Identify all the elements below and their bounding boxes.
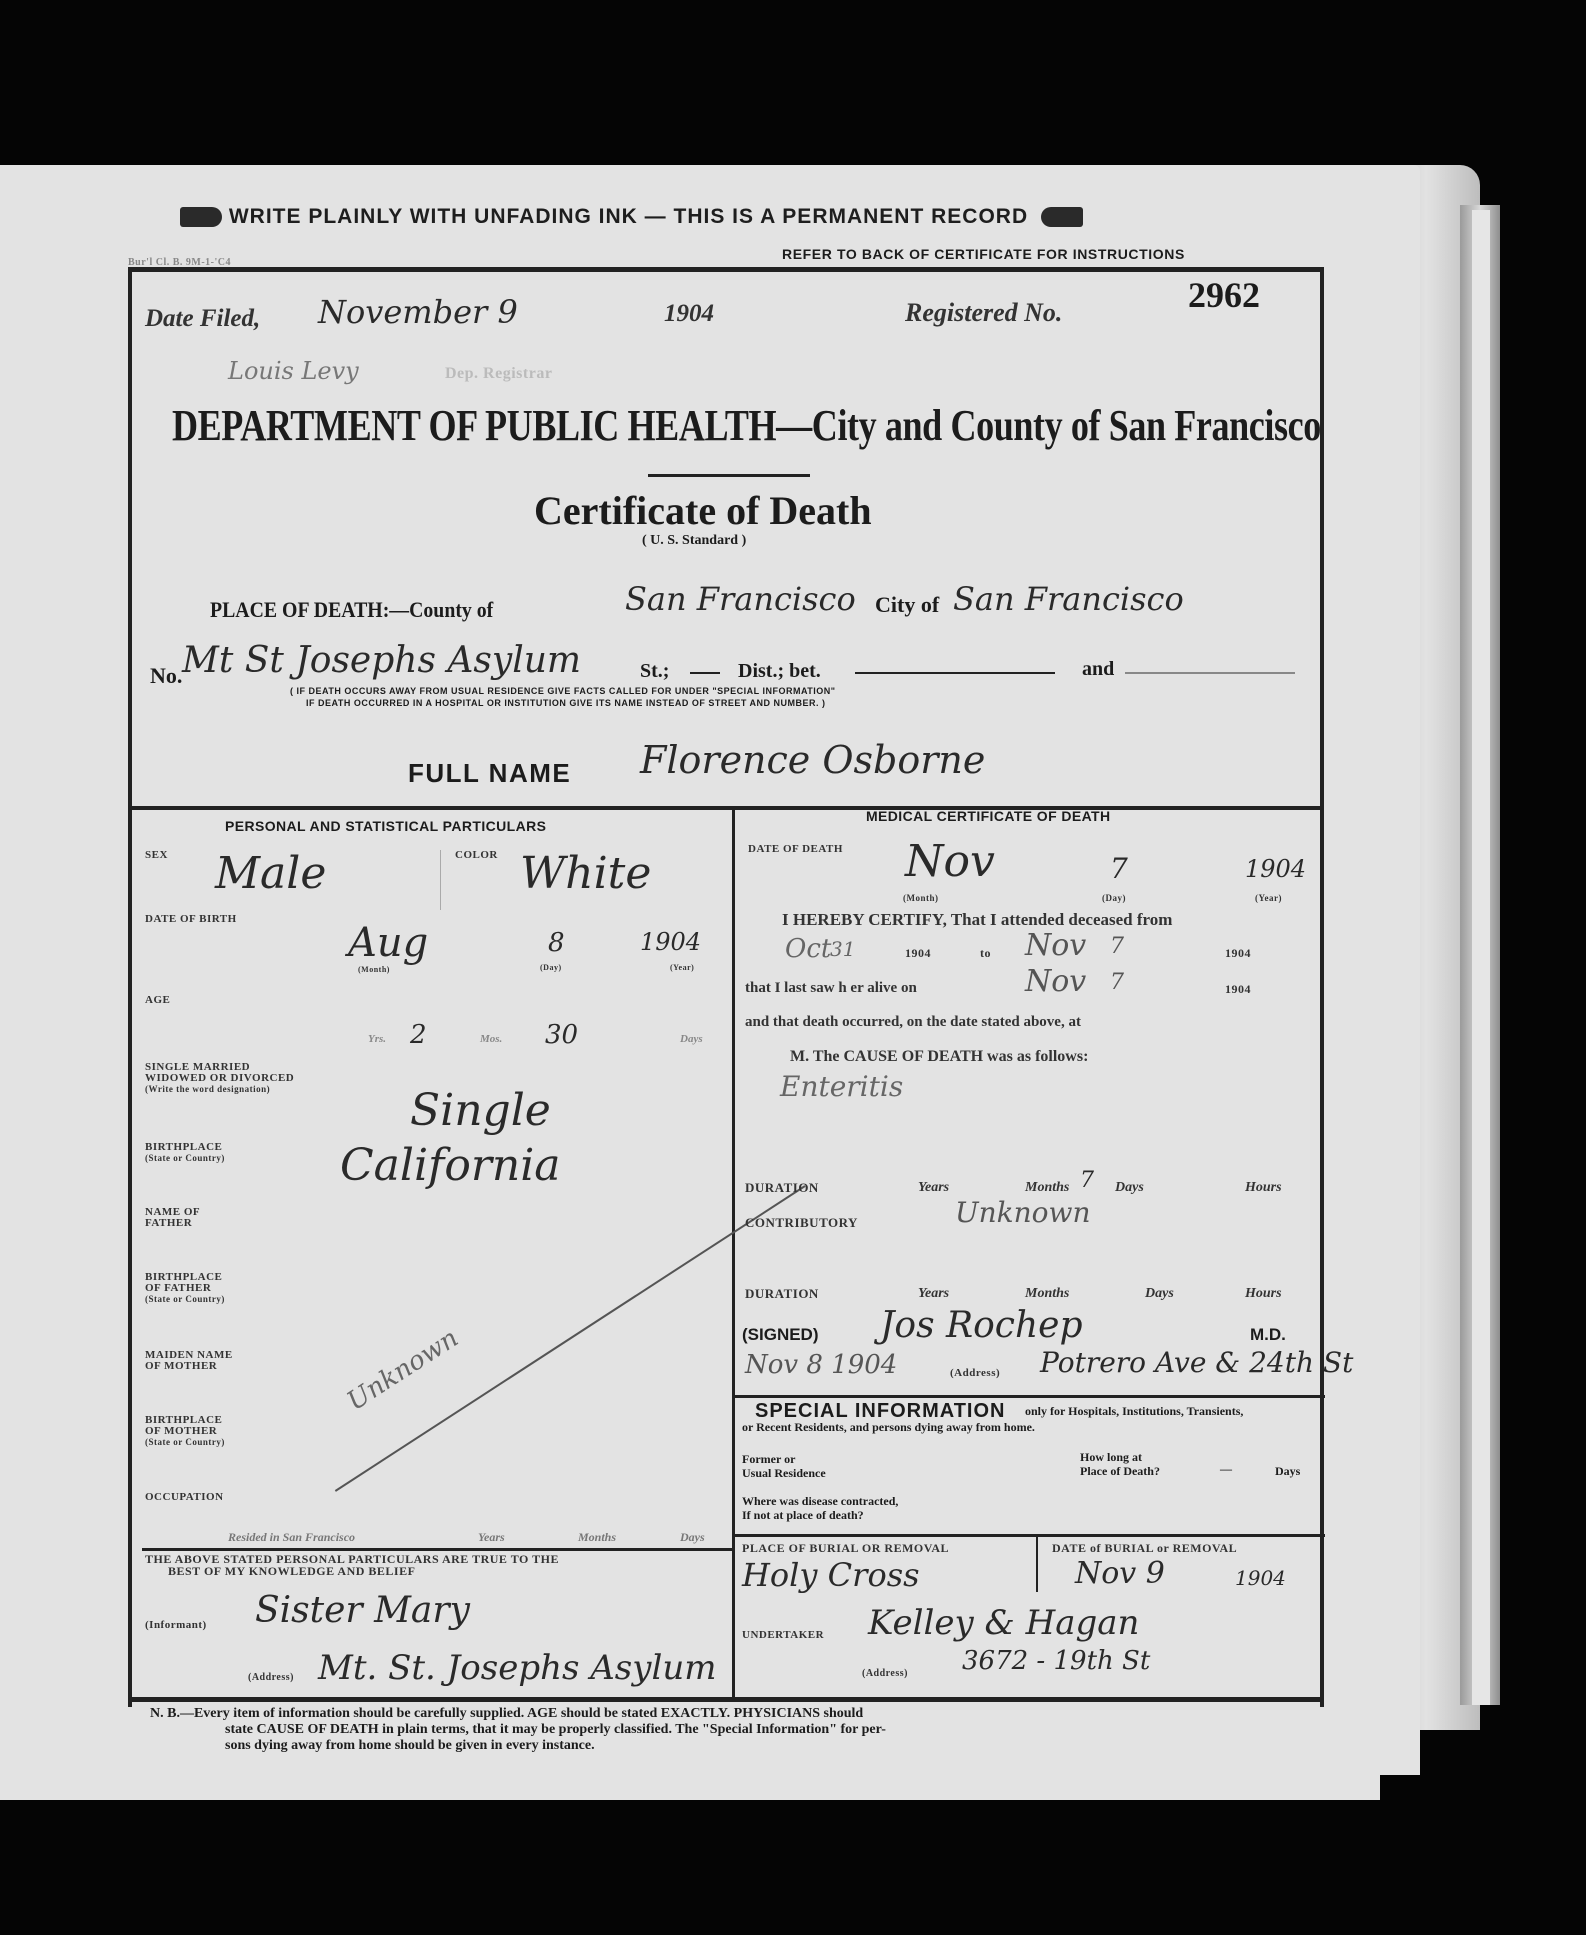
md-label: M.D. — [1250, 1325, 1286, 1345]
cause-label: M. The CAUSE OF DEATH was as follows: — [790, 1048, 1088, 1066]
district-blank — [855, 672, 1055, 674]
dob-year-label: (Year) — [670, 962, 694, 973]
former-residence-label-1: Former or — [742, 1452, 795, 1467]
city-value: San Francisco — [953, 580, 1184, 618]
cause-value: Enteritis — [780, 1070, 903, 1103]
dob-month-label: (Month) — [358, 964, 390, 975]
attest-divider — [142, 1548, 732, 1551]
pointing-hand-icon — [1041, 207, 1083, 227]
duration-months-label-2: Months — [1025, 1286, 1069, 1302]
how-long-days-label: Days — [1275, 1464, 1300, 1479]
informant-address-label: (Address) — [248, 1672, 294, 1683]
date-filed-label: Date Filed, — [145, 305, 260, 333]
special-divider — [735, 1395, 1325, 1398]
attended-from-day: 31 — [830, 937, 855, 961]
top-banner: WRITE PLAINLY WITH UNFADING INK — THIS I… — [180, 205, 1083, 229]
undertaker-address-value: 3672 - 19th St — [962, 1646, 1150, 1676]
physician-address-label: (Address) — [950, 1368, 1000, 1379]
resided-label: Resided in San Francisco — [228, 1530, 355, 1545]
dod-month: Nov — [905, 836, 995, 887]
contributory-value: Unknown — [955, 1196, 1091, 1229]
duration-months-label-1: Months — [1025, 1180, 1069, 1196]
dob-month: Aug — [348, 920, 428, 966]
full-name-label: FULL NAME — [408, 758, 571, 789]
duration-years-label-1: Years — [918, 1180, 949, 1196]
banner-text: WRITE PLAINLY WITH UNFADING INK — THIS I… — [229, 205, 1028, 228]
attended-to-year: 1904 — [1225, 948, 1251, 959]
attended-to-day: 7 — [1110, 934, 1124, 959]
personal-heading: PERSONAL AND STATISTICAL PARTICULARS — [225, 818, 546, 834]
color-value: White — [520, 848, 651, 899]
special-sub-2: or Recent Residents, and persons dying a… — [742, 1420, 1035, 1435]
dob-label: DATE OF BIRTH — [145, 914, 237, 925]
frame-bottom — [128, 1697, 1324, 1702]
institution-value: Mt St Josephs Asylum — [182, 640, 581, 681]
how-long-value: — — [1220, 1462, 1232, 1477]
father-birthplace-label-3: (State or Country) — [145, 1294, 225, 1305]
sex-color-divider — [440, 850, 441, 910]
special-sub-1: only for Hospitals, Institutions, Transi… — [1025, 1404, 1243, 1419]
instruction-line-2: IF DEATH OCCURRED IN A HOSPITAL OR INSTI… — [306, 698, 826, 708]
dod-year-label: (Year) — [1255, 893, 1282, 904]
resided-years: Years — [478, 1530, 505, 1545]
informant-label: (Informant) — [145, 1620, 207, 1631]
age-label: AGE — [145, 995, 170, 1006]
signed-physician: Jos Rochep — [880, 1305, 1083, 1346]
frame-top — [128, 267, 1324, 272]
dod-day-label: (Day) — [1102, 893, 1126, 904]
birthplace-label-1: BIRTHPLACE — [145, 1142, 222, 1153]
full-name-value: Florence Osborne — [640, 738, 985, 782]
burial-date-value: Nov 9 — [1075, 1556, 1165, 1591]
informant-value: Sister Mary — [255, 1590, 470, 1631]
age-years-label: Yrs. — [368, 1033, 386, 1045]
undertaker-label: UNDERTAKER — [742, 1630, 824, 1641]
burial-place-label: PLACE OF BURIAL OR REMOVAL — [742, 1543, 949, 1554]
pointing-hand-icon — [180, 207, 222, 227]
county-value: San Francisco — [625, 580, 856, 618]
duration-hours-label-2: Hours — [1245, 1286, 1282, 1302]
occurred-label: and that death occurred, on the date sta… — [745, 1014, 1081, 1031]
burial-column-divider — [1036, 1537, 1038, 1592]
dod-label: DATE OF DEATH — [748, 844, 843, 855]
and-blank — [1125, 672, 1295, 674]
section-divider — [128, 806, 1324, 810]
refer-note: REFER TO BACK OF CERTIFICATE FOR INSTRUC… — [782, 246, 1185, 262]
standard-subtitle: ( U. S. Standard ) — [642, 533, 746, 549]
attest-line-2: BEST OF MY KNOWLEDGE AND BELIEF — [168, 1566, 415, 1577]
last-saw-day: 7 — [1110, 970, 1124, 995]
former-residence-label-2: Usual Residence — [742, 1466, 826, 1481]
father-birthplace-label-2: OF FATHER — [145, 1283, 211, 1294]
color-label: COLOR — [455, 850, 498, 861]
mother-label-2: OF MOTHER — [145, 1361, 217, 1372]
mother-birthplace-label-3: (State or Country) — [145, 1437, 225, 1448]
footnote-line-2: state CAUSE OF DEATH in plain terms, tha… — [225, 1722, 886, 1738]
attended-from-month: Oct — [785, 934, 831, 964]
undertaker-address-label: (Address) — [862, 1668, 908, 1679]
district-label: Dist.; bet. — [738, 660, 821, 683]
dob-day-label: (Day) — [540, 962, 562, 973]
registrar-signature: Louis Levy — [228, 357, 359, 385]
mother-birthplace-label-2: OF MOTHER — [145, 1426, 217, 1437]
undertaker-value: Kelley & Hagan — [868, 1603, 1139, 1643]
resided-days: Days — [680, 1530, 705, 1545]
no-label: No. — [150, 663, 182, 689]
attended-from-year: 1904 — [905, 948, 931, 959]
duration-days-label-1: Days — [1115, 1180, 1144, 1196]
duration-hours-label-1: Hours — [1245, 1180, 1282, 1196]
father-label-2: FATHER — [145, 1218, 192, 1229]
department-title: DEPARTMENT OF PUBLIC HEALTH—City and Cou… — [172, 400, 1321, 451]
footnote-line-3: sons dying away from home should be give… — [225, 1738, 595, 1754]
age-days-label: Days — [680, 1033, 703, 1045]
duration-label-2: DURATION — [745, 1288, 819, 1299]
birthplace-label-2: (State or Country) — [145, 1153, 225, 1164]
last-saw-year: 1904 — [1225, 984, 1251, 995]
how-long-label-1: How long at — [1080, 1450, 1142, 1465]
street-blank — [690, 672, 720, 674]
dob-day: 8 — [548, 928, 565, 958]
dob-year: 1904 — [640, 928, 701, 956]
medical-heading: MEDICAL CERTIFICATE OF DEATH — [866, 808, 1111, 824]
contributory-label: CONTRIBUTORY — [745, 1217, 858, 1228]
date-filed-value: November 9 — [318, 293, 518, 331]
last-saw-month: Nov — [1025, 964, 1086, 999]
duration-label-1: DURATION — [745, 1182, 819, 1193]
page-edge-back — [1472, 210, 1490, 1705]
duration-years-label-2: Years — [918, 1286, 949, 1302]
column-divider — [732, 806, 735, 1698]
registered-number: 2962 — [1188, 274, 1260, 316]
street-label: St.; — [640, 660, 669, 683]
year-printed: 1904 — [664, 300, 714, 328]
birthplace-value: California — [340, 1140, 561, 1191]
marital-label-2: WIDOWED OR DIVORCED — [145, 1073, 294, 1084]
age-days: 30 — [545, 1020, 578, 1050]
place-of-death-label: PLACE OF DEATH:—County of — [210, 597, 493, 623]
burial-date-year: 1904 — [1235, 1566, 1286, 1590]
occupation-label: OCCUPATION — [145, 1492, 224, 1503]
contracted-label-2: If not at place of death? — [742, 1508, 864, 1523]
burial-place-value: Holy Cross — [742, 1556, 920, 1594]
sex-label: SEX — [145, 850, 168, 861]
certificate-title: Certificate of Death — [534, 487, 872, 534]
duration-days-label-2: Days — [1145, 1286, 1174, 1302]
dod-month-label: (Month) — [903, 893, 939, 904]
registrar-stamp: Dep. Registrar — [445, 368, 552, 379]
last-saw-label: that I last saw h er alive on — [745, 980, 917, 997]
footnote-line-1: N. B.—Every item of information should b… — [150, 1706, 863, 1722]
certify-text: I HEREBY CERTIFY, That I attended deceas… — [782, 910, 1172, 930]
sex-value: Male — [215, 848, 326, 899]
frame-left — [128, 267, 132, 1707]
instruction-line-1: ( IF DEATH OCCURS AWAY FROM USUAL RESIDE… — [290, 686, 836, 696]
burial-date-label: DATE of BURIAL or REMOVAL — [1052, 1543, 1237, 1554]
marital-value: Single — [410, 1085, 551, 1136]
how-long-label-2: Place of Death? — [1080, 1464, 1160, 1479]
informant-address-value: Mt. St. Josephs Asylum — [318, 1648, 716, 1688]
title-divider — [648, 474, 810, 477]
marital-label-3: (Write the word designation) — [145, 1084, 270, 1095]
dod-day: 7 — [1110, 852, 1128, 885]
burial-divider — [735, 1534, 1325, 1537]
contracted-label-1: Where was disease contracted, — [742, 1494, 898, 1509]
dod-year: 1904 — [1245, 855, 1306, 883]
signed-label: (SIGNED) — [742, 1325, 819, 1345]
attended-to-month: Nov — [1025, 928, 1086, 963]
resided-months: Months — [578, 1530, 616, 1545]
frame-right — [1320, 267, 1324, 1707]
age-months-label: Mos. — [480, 1033, 502, 1045]
age-months: 2 — [410, 1020, 427, 1050]
city-label: City of — [875, 592, 939, 618]
and-label: and — [1082, 658, 1114, 681]
signed-date: Nov 8 1904 — [745, 1350, 897, 1380]
physician-address-value: Potrero Ave & 24th St — [1040, 1346, 1353, 1379]
duration-days-value: 7 — [1080, 1168, 1094, 1193]
sheet-bottom — [0, 1740, 1380, 1800]
attended-to-label: to — [980, 948, 991, 959]
registered-label: Registered No. — [905, 298, 1062, 328]
